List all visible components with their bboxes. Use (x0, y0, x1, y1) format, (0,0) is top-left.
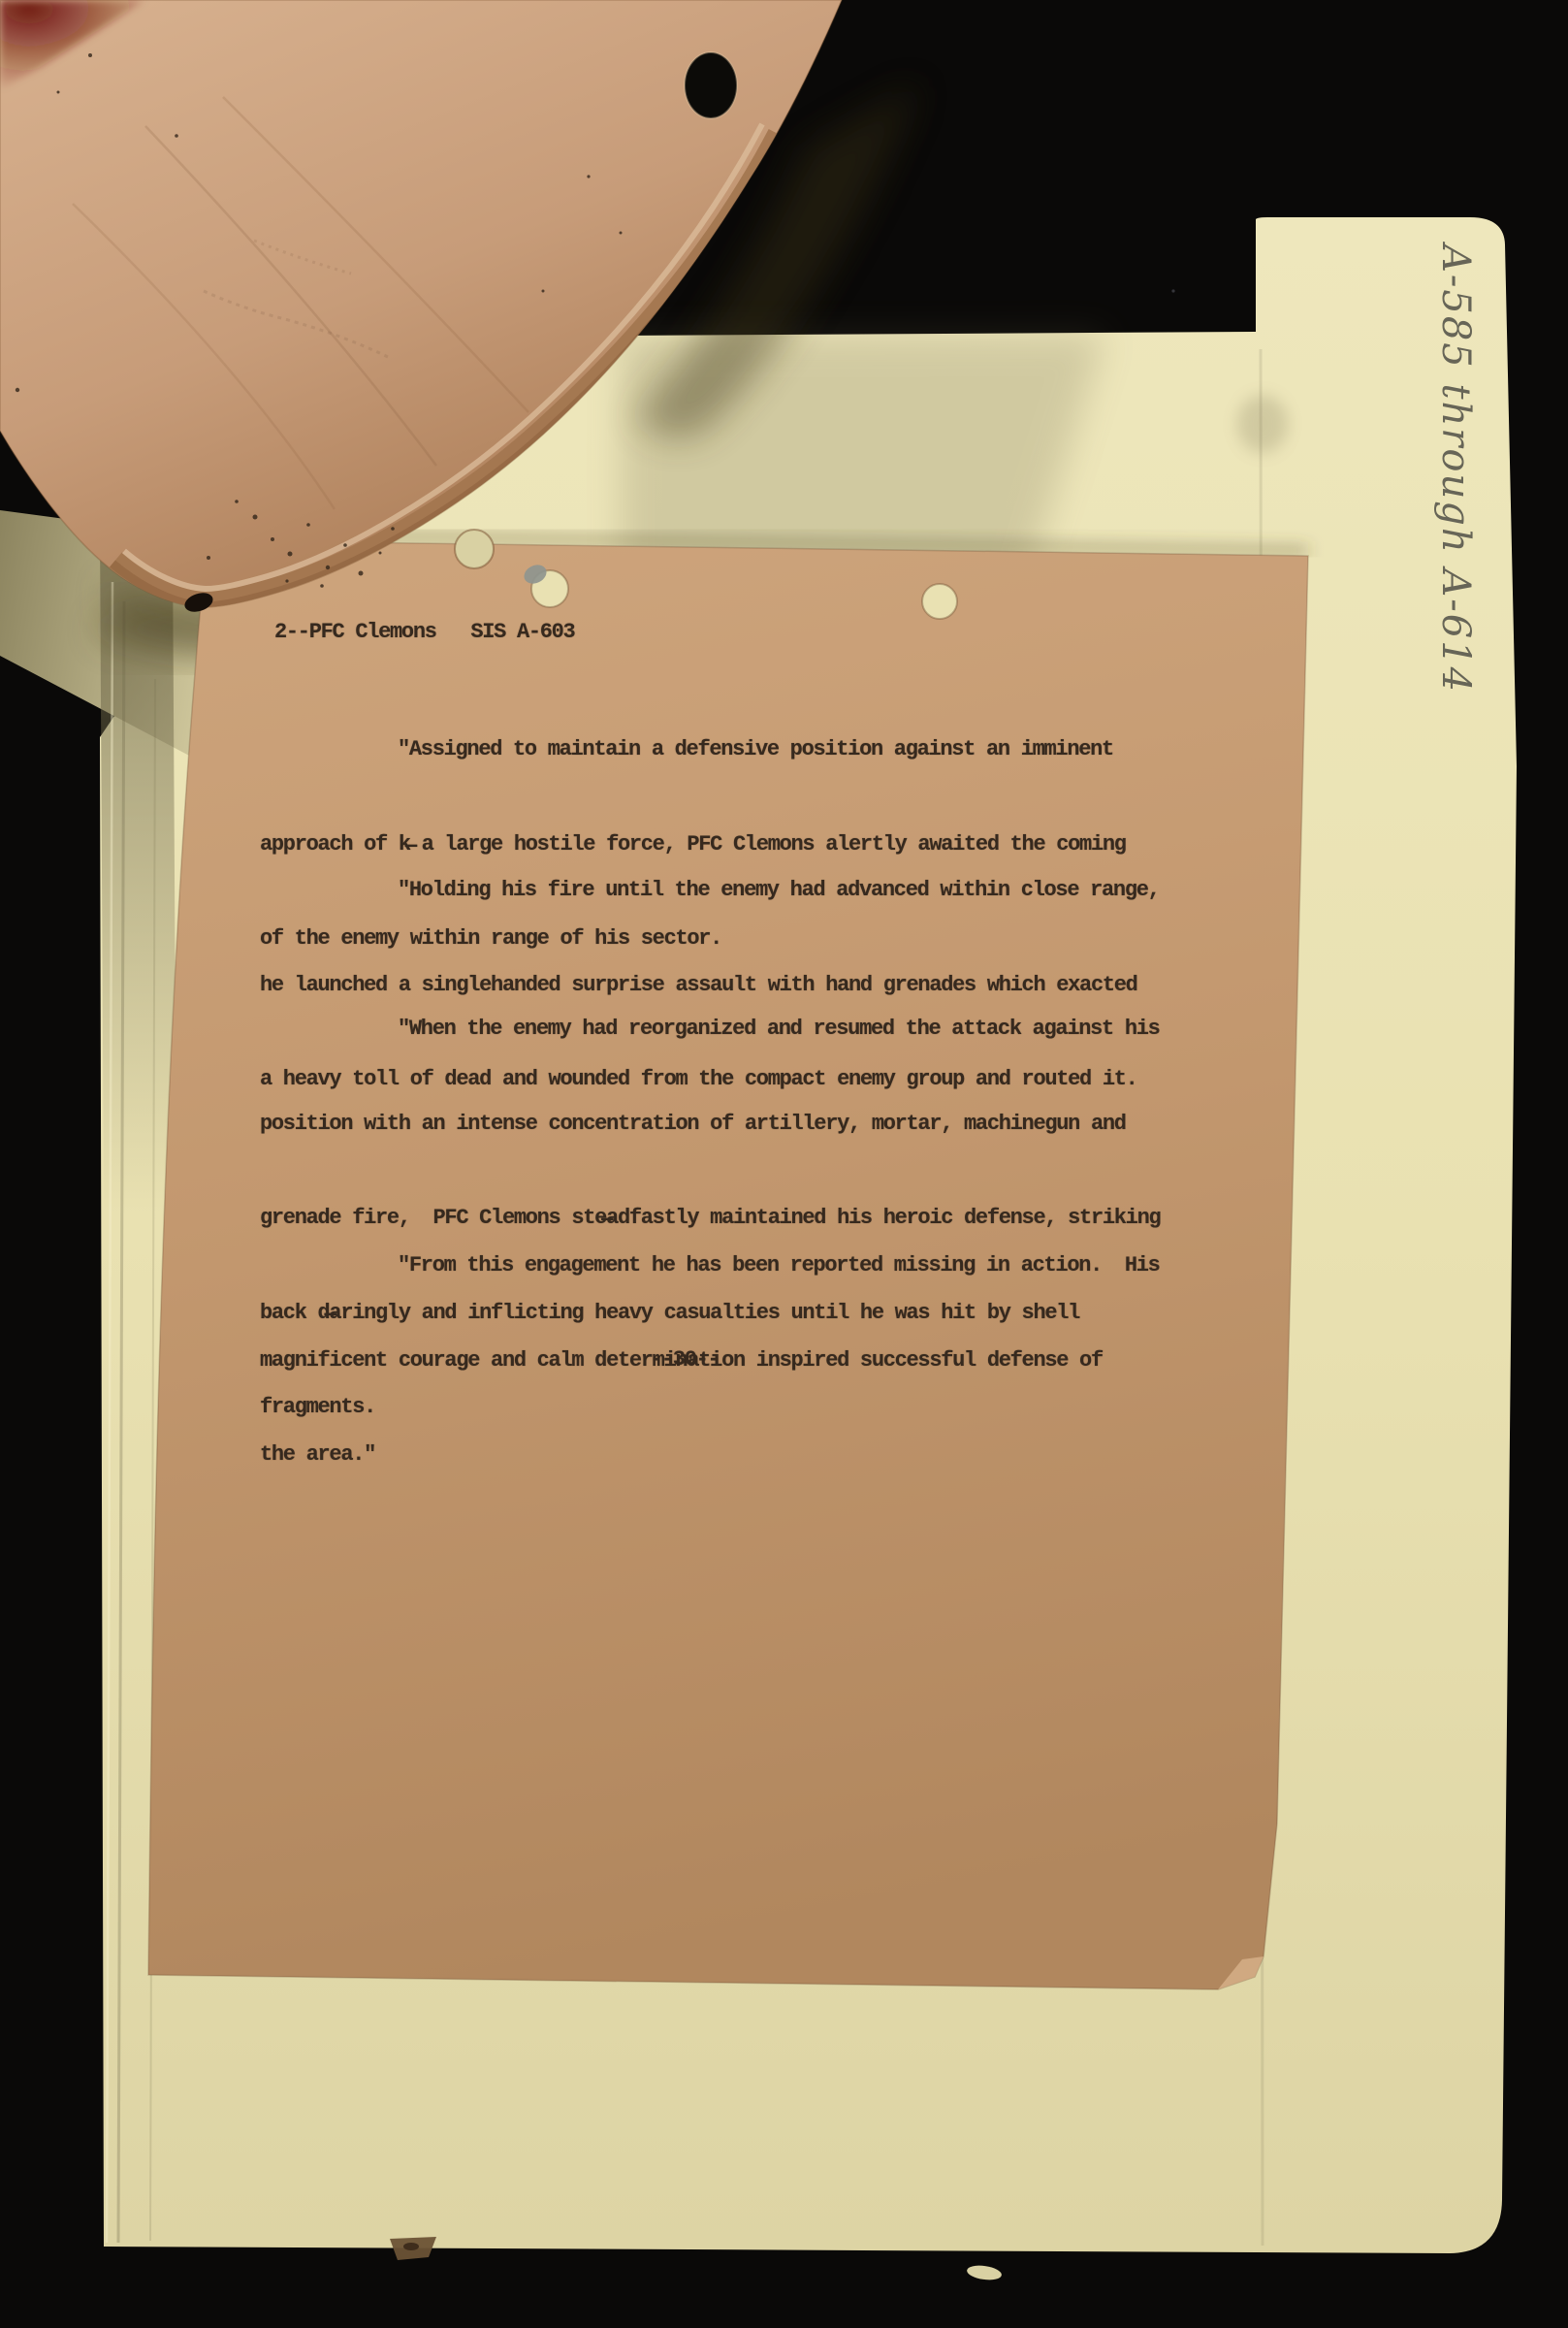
typed-line: position with an intense concentration o… (260, 1101, 1160, 1148)
typed-text-layer: 2--PFC Clemons SIS A-603 "Assigned to ma… (260, 0, 1288, 2328)
typed-line: "From this engagement he has been report… (260, 1243, 1160, 1289)
end-mark-30: --30-- (650, 1337, 719, 1383)
typed-line: "Assigned to maintain a defensive positi… (260, 727, 1126, 773)
typed-line: the area." (260, 1432, 1160, 1478)
typed-header: 2--PFC Clemons SIS A-603 (274, 609, 574, 656)
handwritten-annotation: A-585 through A-614 (1433, 244, 1478, 729)
typed-line: "Holding his fire until the enemy had ad… (260, 867, 1160, 914)
typed-line: "When the enemy had reorganized and resu… (260, 1006, 1160, 1052)
archival-photo-scene: 2--PFC Clemons SIS A-603 "Assigned to ma… (0, 0, 1568, 2328)
